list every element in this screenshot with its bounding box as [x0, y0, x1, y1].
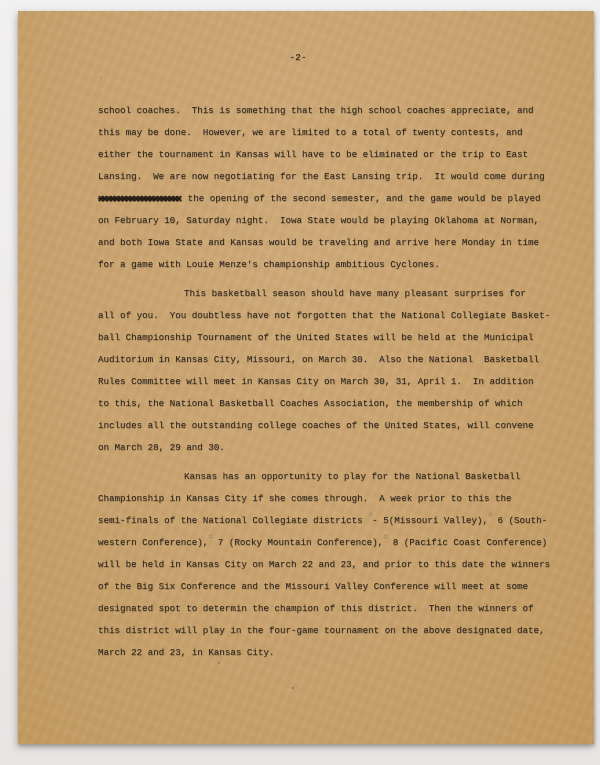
pencil-annotation-mark: # — [368, 511, 373, 519]
text-line: Lansing. We are now negotiating for the … — [98, 166, 578, 188]
text-line: will be held in Kansas City on March 22 … — [98, 554, 578, 576]
text-segment: to this, the National Basketball Coaches… — [98, 398, 523, 409]
text-line: Rules Committee will meet in Kansas City… — [98, 371, 578, 393]
text-line: either the tournament in Kansas will hav… — [98, 144, 578, 166]
paragraph: Kansas has an opportunity to play for th… — [98, 466, 578, 664]
text-segment: western Conference), — [98, 537, 208, 548]
text-line: March 22 and 23, in Kansas City. — [98, 642, 578, 664]
text-segment: either the tournament in Kansas will hav… — [98, 149, 528, 160]
text-line: of the Big Six Conference and the Missou… — [98, 576, 578, 598]
pencil-annotation-mark: # — [208, 533, 213, 541]
text-segment: of the Big Six Conference and the Missou… — [98, 581, 528, 592]
page-number: -2- — [98, 52, 498, 63]
text-line: Auditorium in Kansas City, Missouri, on … — [98, 349, 578, 371]
text-line: on February 10, Saturday night. Iowa Sta… — [98, 210, 578, 232]
text-segment: for a game with Louie Menze's championsh… — [98, 259, 440, 270]
text-line: to this, the National Basketball Coaches… — [98, 393, 578, 415]
text-segment: this district will play in the four-game… — [98, 625, 545, 636]
text-segment: on February 10, Saturday night. Iowa Sta… — [98, 215, 539, 226]
text-line: semi-finals of the National Collegiate d… — [98, 510, 578, 532]
text-line: on March 28, 29 and 30. — [98, 437, 578, 459]
text-segment: Auditorium in Kansas City, Missouri, on … — [98, 354, 539, 365]
text-line: ball Championship Tournament of the Unit… — [98, 327, 578, 349]
text-line: and both Iowa State and Kansas would be … — [98, 232, 578, 254]
text-segment: 7 (Rocky Mountain Conference), — [212, 537, 383, 548]
text-line: for a game with Louie Menze's championsh… — [98, 254, 578, 276]
text-segment: - 5(Missouri Valley), — [372, 515, 488, 526]
pencil-annotation-mark: # — [488, 511, 493, 519]
paper-page: -2- school coaches. This is something th… — [18, 11, 594, 744]
photo-background: -2- school coaches. This is something th… — [0, 0, 600, 765]
text-segment: 6 (South- — [492, 515, 547, 526]
text-line: This basketball season should have many … — [98, 283, 578, 305]
text-segment: designated spot to determin the champion… — [98, 603, 534, 614]
paper-speck — [452, 131, 454, 133]
redacted-word: xxxxxxxxxxxxxxxxxxxxx — [98, 193, 180, 204]
paper-speck — [292, 687, 294, 689]
paragraph: school coaches. This is something that t… — [98, 100, 578, 276]
text-segment: semi-finals of the National Collegiate d… — [98, 515, 368, 526]
paper-speck — [100, 77, 102, 79]
text-line: includes all the outstanding college coa… — [98, 415, 578, 437]
text-segment: the opening of the second semester, and … — [182, 193, 540, 204]
text-segment: this may be done. However, we are limite… — [98, 127, 523, 138]
text-line: this district will play in the four-game… — [98, 620, 578, 642]
text-segment: Championship in Kansas City if she comes… — [98, 493, 512, 504]
text-line: Kansas has an opportunity to play for th… — [98, 466, 578, 488]
text-segment: This basketball season should have many … — [184, 288, 526, 299]
text-segment: Rules Committee will meet in Kansas City… — [98, 376, 534, 387]
text-segment: Kansas has an opportunity to play for th… — [184, 471, 520, 482]
text-segment: includes all the outstanding college coa… — [98, 420, 534, 431]
paragraph: This basketball season should have many … — [98, 283, 578, 459]
text-line: school coaches. This is something that t… — [98, 100, 578, 122]
text-segment: Lansing. We are now negotiating for the … — [98, 171, 545, 182]
text-line: Championship in Kansas City if she comes… — [98, 488, 578, 510]
text-line: this may be done. However, we are limite… — [98, 122, 578, 144]
document-body: school coaches. This is something that t… — [98, 100, 578, 664]
text-segment: all of you. You doubtless have not forgo… — [98, 310, 550, 321]
text-line: designated spot to determin the champion… — [98, 598, 578, 620]
text-segment: on March 28, 29 and 30. — [98, 442, 225, 453]
text-segment: and both Iowa State and Kansas would be … — [98, 237, 539, 248]
pencil-annotation-mark: # — [383, 533, 388, 541]
text-segment: 8 (Pacific Coast Conference) — [387, 537, 547, 548]
paper-speck — [218, 662, 220, 664]
text-segment: school coaches. This is something that t… — [98, 105, 534, 116]
text-segment: will be held in Kansas City on March 22 … — [98, 559, 550, 570]
text-line: all of you. You doubtless have not forgo… — [98, 305, 578, 327]
text-line: western Conference),# 7 (Rocky Mountain … — [98, 532, 578, 554]
text-segment: March 22 and 23, in Kansas City. — [98, 647, 274, 658]
text-line: xxxxxxxxxxxxxxxxxxxxx the opening of the… — [98, 188, 578, 210]
text-segment: ball Championship Tournament of the Unit… — [98, 332, 534, 343]
